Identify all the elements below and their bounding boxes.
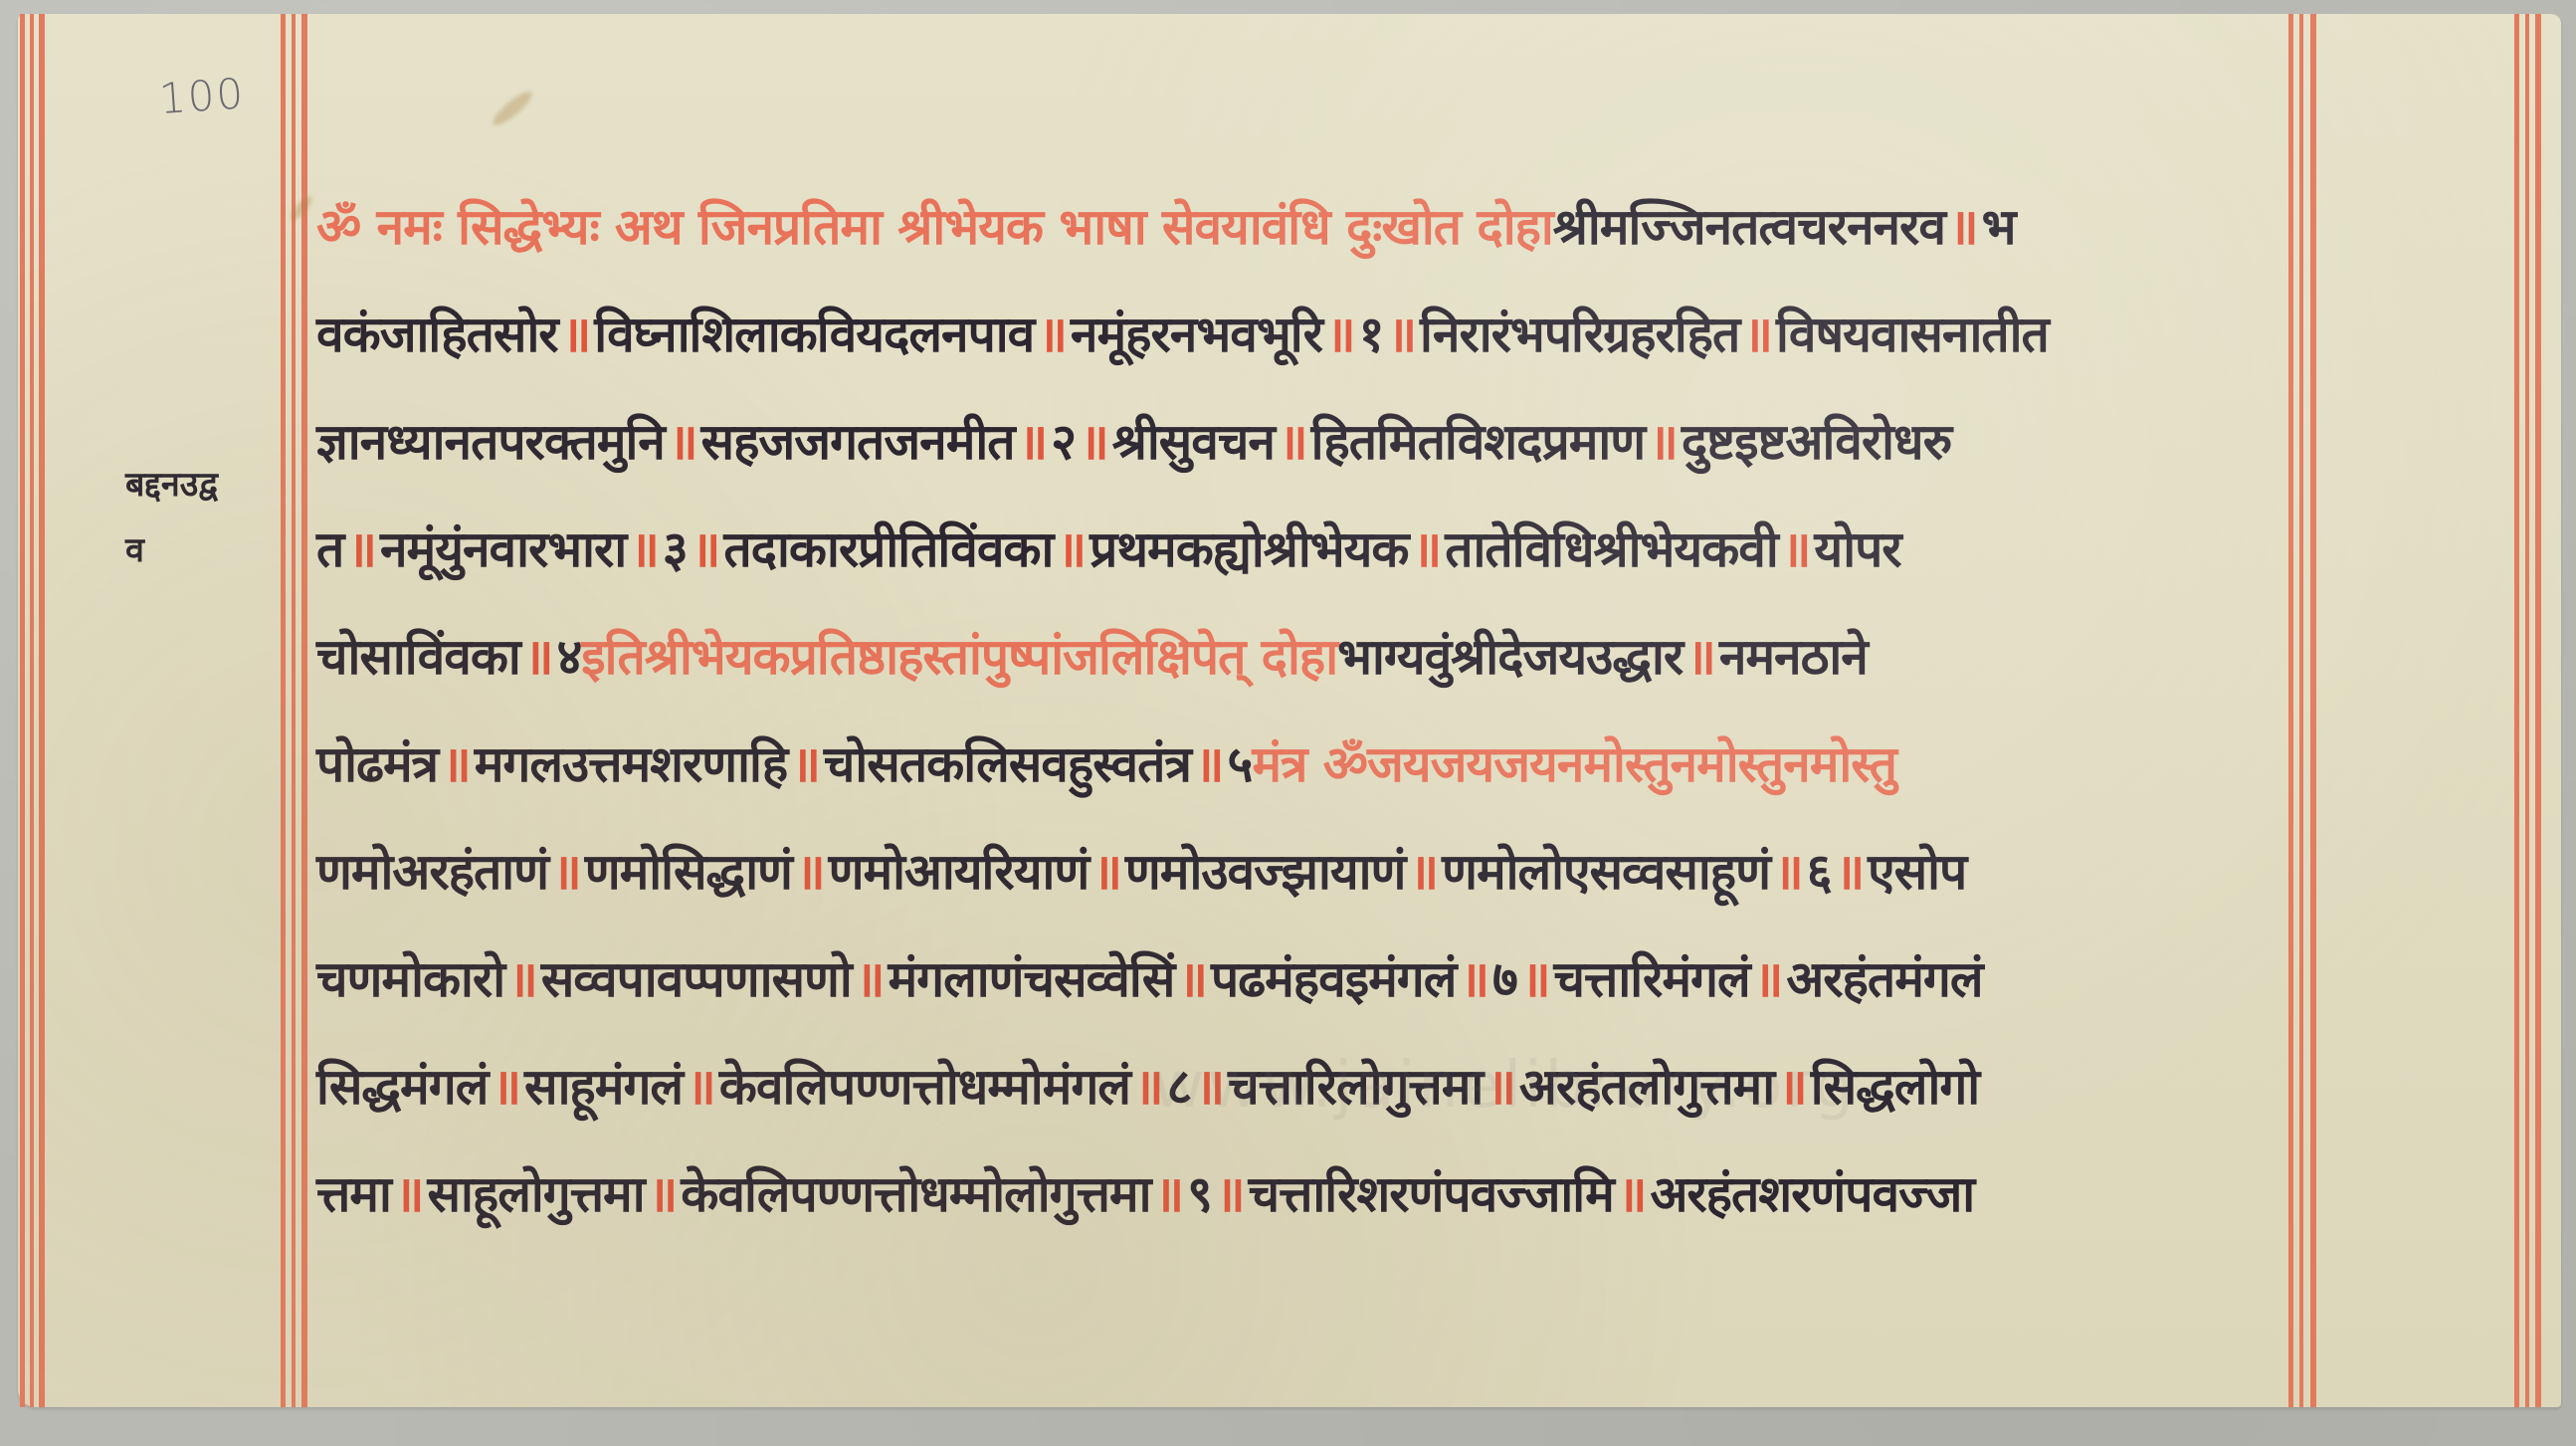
inner-left-border-rule bbox=[279, 14, 310, 1407]
body-text: णमोउवज्झायाणं bbox=[1125, 843, 1406, 901]
margin-note-line: बद्दनउद्व bbox=[125, 452, 295, 517]
body-text: णमोसिद्धाणं bbox=[585, 843, 792, 901]
body-text: दुष्टइष्टअविरोधरु bbox=[1682, 413, 1951, 471]
danda-mark: ॥ bbox=[1057, 520, 1086, 578]
body-text: भाग्यवुंश्रीदेजयउद्धार bbox=[1337, 628, 1683, 686]
text-line: पोढमंत्र॥मगलउत्तमशरणाहि॥चोसतकलिसवहुस्वतं… bbox=[316, 711, 2281, 818]
body-text: केवलिपण्णत्तोधम्मोलोगुत्तमा bbox=[681, 1165, 1150, 1223]
body-text: साहूमंगलं bbox=[524, 1058, 683, 1116]
body-text: विषयवासनातीत bbox=[1776, 306, 2049, 363]
danda-mark: ॥ bbox=[1092, 843, 1121, 901]
body-text: भ bbox=[1982, 198, 2016, 256]
text-line: ज्ञानध्यानतपरक्तमुनि॥सहजजगतजनमीत॥२॥श्रीस… bbox=[316, 388, 2281, 496]
body-text: अरहंतमंगलं bbox=[1786, 950, 1982, 1008]
body-text: पढमंहवइमंगलं bbox=[1211, 950, 1456, 1008]
text-line: वकंजाहितसोर॥विघ्नाशिलाकवियदलनपाव॥नमूंहरन… bbox=[316, 281, 2281, 388]
body-text: अरहंतशरणंपवज्जा bbox=[1650, 1165, 1974, 1223]
body-text: श्रीसुवचन bbox=[1112, 413, 1275, 471]
body-text: निरारंभपरिग्रहरहित bbox=[1420, 306, 1739, 363]
text-line: णमोअरहंताणं॥णमोसिद्धाणं॥णमोआयरियाणं॥णमोउ… bbox=[316, 818, 2281, 926]
danda-mark: ॥ bbox=[1782, 520, 1811, 578]
danda-mark: ॥ bbox=[492, 1058, 520, 1116]
body-text: ६ bbox=[1807, 843, 1832, 901]
body-text: श्रीमज्जिनतत्वचरननरव bbox=[1553, 198, 1945, 256]
danda-mark: ॥ bbox=[442, 735, 471, 793]
danda-mark: ॥ bbox=[524, 628, 553, 686]
body-text: सिद्धमंगलं bbox=[316, 1058, 488, 1116]
danda-mark: ॥ bbox=[791, 735, 820, 793]
danda-mark: ॥ bbox=[1409, 843, 1438, 901]
danda-mark: ॥ bbox=[1649, 413, 1678, 471]
body-text: ९ bbox=[1187, 1165, 1212, 1223]
danda-mark: ॥ bbox=[395, 1165, 424, 1223]
danda-mark: ॥ bbox=[347, 520, 376, 578]
ink-stain bbox=[489, 88, 535, 130]
body-text: नमनठाने bbox=[1719, 628, 1868, 686]
body-text: नमूंयुंनवारभारा bbox=[380, 520, 626, 578]
body-text: सव्वपावप्पणासणो bbox=[541, 950, 852, 1008]
body-text: २ bbox=[1051, 413, 1076, 471]
text-line: चणमोकारो॥सव्वपावप्पणासणो॥मंगलाणंचसव्वेसि… bbox=[316, 926, 2281, 1033]
body-text: चत्तारिशरणंपवज्जामि bbox=[1249, 1165, 1614, 1223]
body-text: पोढमंत्र bbox=[316, 735, 438, 793]
danda-mark: ॥ bbox=[1686, 628, 1715, 686]
outer-right-border-rule bbox=[2510, 14, 2544, 1407]
body-text: चत्तारिमंगलं bbox=[1554, 950, 1750, 1008]
manuscript-folio: 100 बद्दनउद्व व ॐ नमः सिद्धेभ्यः अथ जिनप… bbox=[18, 14, 2561, 1407]
danda-mark: ॥ bbox=[649, 1165, 678, 1223]
danda-mark: ॥ bbox=[562, 306, 591, 363]
margin-note: बद्दनउद्व व bbox=[125, 452, 295, 583]
danda-mark: ॥ bbox=[1154, 1165, 1183, 1223]
danda-mark: ॥ bbox=[1387, 306, 1416, 363]
folio-number: 100 bbox=[157, 69, 246, 123]
danda-mark: ॥ bbox=[1835, 843, 1864, 901]
body-text: नमूंहरनभवभूरि bbox=[1071, 306, 1322, 363]
body-text: णमोअरहंताणं bbox=[316, 843, 548, 901]
body-text: ज्ञानध्यानतपरक्तमुनि bbox=[316, 413, 665, 471]
body-text: णमोलोएसव्वसाहूणं bbox=[1442, 843, 1770, 901]
rubric-text: ॐ नमः सिद्धेभ्यः अथ जिनप्रतिमा श्रीभेयक … bbox=[316, 198, 1553, 256]
danda-mark: ॥ bbox=[508, 950, 537, 1008]
body-text: ५ bbox=[1228, 735, 1253, 793]
danda-mark: ॥ bbox=[1195, 735, 1224, 793]
danda-mark: ॥ bbox=[856, 950, 885, 1008]
outer-left-border-rule bbox=[18, 14, 48, 1407]
danda-mark: ॥ bbox=[1949, 198, 1978, 256]
danda-mark: ॥ bbox=[1038, 306, 1067, 363]
body-text: सहजजगतजनमीत bbox=[701, 413, 1015, 471]
body-text: एसोप bbox=[1868, 843, 1966, 901]
text-line: त्तमा॥साहूलोगुत्तमा॥केवलिपण्णत्तोधम्मोलो… bbox=[316, 1140, 2281, 1248]
body-text: ४ bbox=[556, 628, 581, 686]
text-line: त॥नमूंयुंनवारभारा॥३॥तदाकारप्रीतिविंवका॥प… bbox=[316, 496, 2281, 603]
danda-mark: ॥ bbox=[1216, 1165, 1245, 1223]
danda-mark: ॥ bbox=[1279, 413, 1307, 471]
body-text: त bbox=[316, 520, 343, 578]
body-text: योपर bbox=[1814, 520, 1900, 578]
body-text: णमोआयरियाणं bbox=[829, 843, 1090, 901]
danda-mark: ॥ bbox=[669, 413, 697, 471]
body-text: प्रथमकह्योश्रीभेयक bbox=[1090, 520, 1408, 578]
danda-mark: ॥ bbox=[1413, 520, 1442, 578]
watermark: www.jainelibrary.org bbox=[1152, 1049, 1857, 1123]
body-text: वकंजाहितसोर bbox=[316, 306, 558, 363]
body-text: त्तमा bbox=[316, 1165, 391, 1223]
danda-mark: ॥ bbox=[687, 1058, 715, 1116]
danda-mark: ॥ bbox=[1521, 950, 1550, 1008]
body-text: हितमितविशदप्रमाण bbox=[1311, 413, 1646, 471]
text-line: ॐ नमः सिद्धेभ्यः अथ जिनप्रतिमा श्रीभेयक … bbox=[316, 173, 2281, 281]
body-text: मगलउत्तमशरणाहि bbox=[475, 735, 787, 793]
body-text: केवलिपण्णत्तोधम्मोमंगलं bbox=[719, 1058, 1130, 1116]
body-text: ७ bbox=[1492, 950, 1517, 1008]
danda-mark: ॥ bbox=[630, 520, 659, 578]
body-text: साहूलोगुत्तमा bbox=[428, 1165, 645, 1223]
body-text: चोसतकलिसवहुस्वतंत्र bbox=[824, 735, 1191, 793]
rubric-text: इतिश्रीभेयकप्रतिष्ठाहस्तांपुष्पांजलिक्षि… bbox=[581, 628, 1337, 686]
danda-mark: ॥ bbox=[1618, 1165, 1647, 1223]
body-text: विघ्नाशिलाकवियदलनपाव bbox=[594, 306, 1034, 363]
body-text: तातेविधिश्रीभेयकवी bbox=[1445, 520, 1778, 578]
body-text: मंगलाणंचसव्वेसिं bbox=[888, 950, 1174, 1008]
danda-mark: ॥ bbox=[1080, 413, 1108, 471]
danda-mark: ॥ bbox=[692, 520, 720, 578]
danda-mark: ॥ bbox=[1774, 843, 1803, 901]
body-text: चोसाविंवका bbox=[316, 628, 520, 686]
body-text: ३ bbox=[663, 520, 688, 578]
danda-mark: ॥ bbox=[796, 843, 825, 901]
rubric-text: मंत्र ॐजयजयजयनमोस्तुनमोस्तुनमोस्तु bbox=[1252, 735, 1896, 793]
margin-note-line: व bbox=[125, 517, 295, 583]
danda-mark: ॥ bbox=[1178, 950, 1207, 1008]
danda-mark: ॥ bbox=[1019, 413, 1048, 471]
body-text: १ bbox=[1359, 306, 1384, 363]
danda-mark: ॥ bbox=[552, 843, 581, 901]
body-text: तदाकारप्रीतिविंवका bbox=[723, 520, 1053, 578]
danda-mark: ॥ bbox=[1743, 306, 1772, 363]
body-text: चणमोकारो bbox=[316, 950, 504, 1008]
text-line: चोसाविंवका॥४इतिश्रीभेयकप्रतिष्ठाहस्तांपु… bbox=[316, 603, 2281, 711]
danda-mark: ॥ bbox=[1460, 950, 1488, 1008]
danda-mark: ॥ bbox=[1326, 306, 1355, 363]
danda-mark: ॥ bbox=[1754, 950, 1783, 1008]
